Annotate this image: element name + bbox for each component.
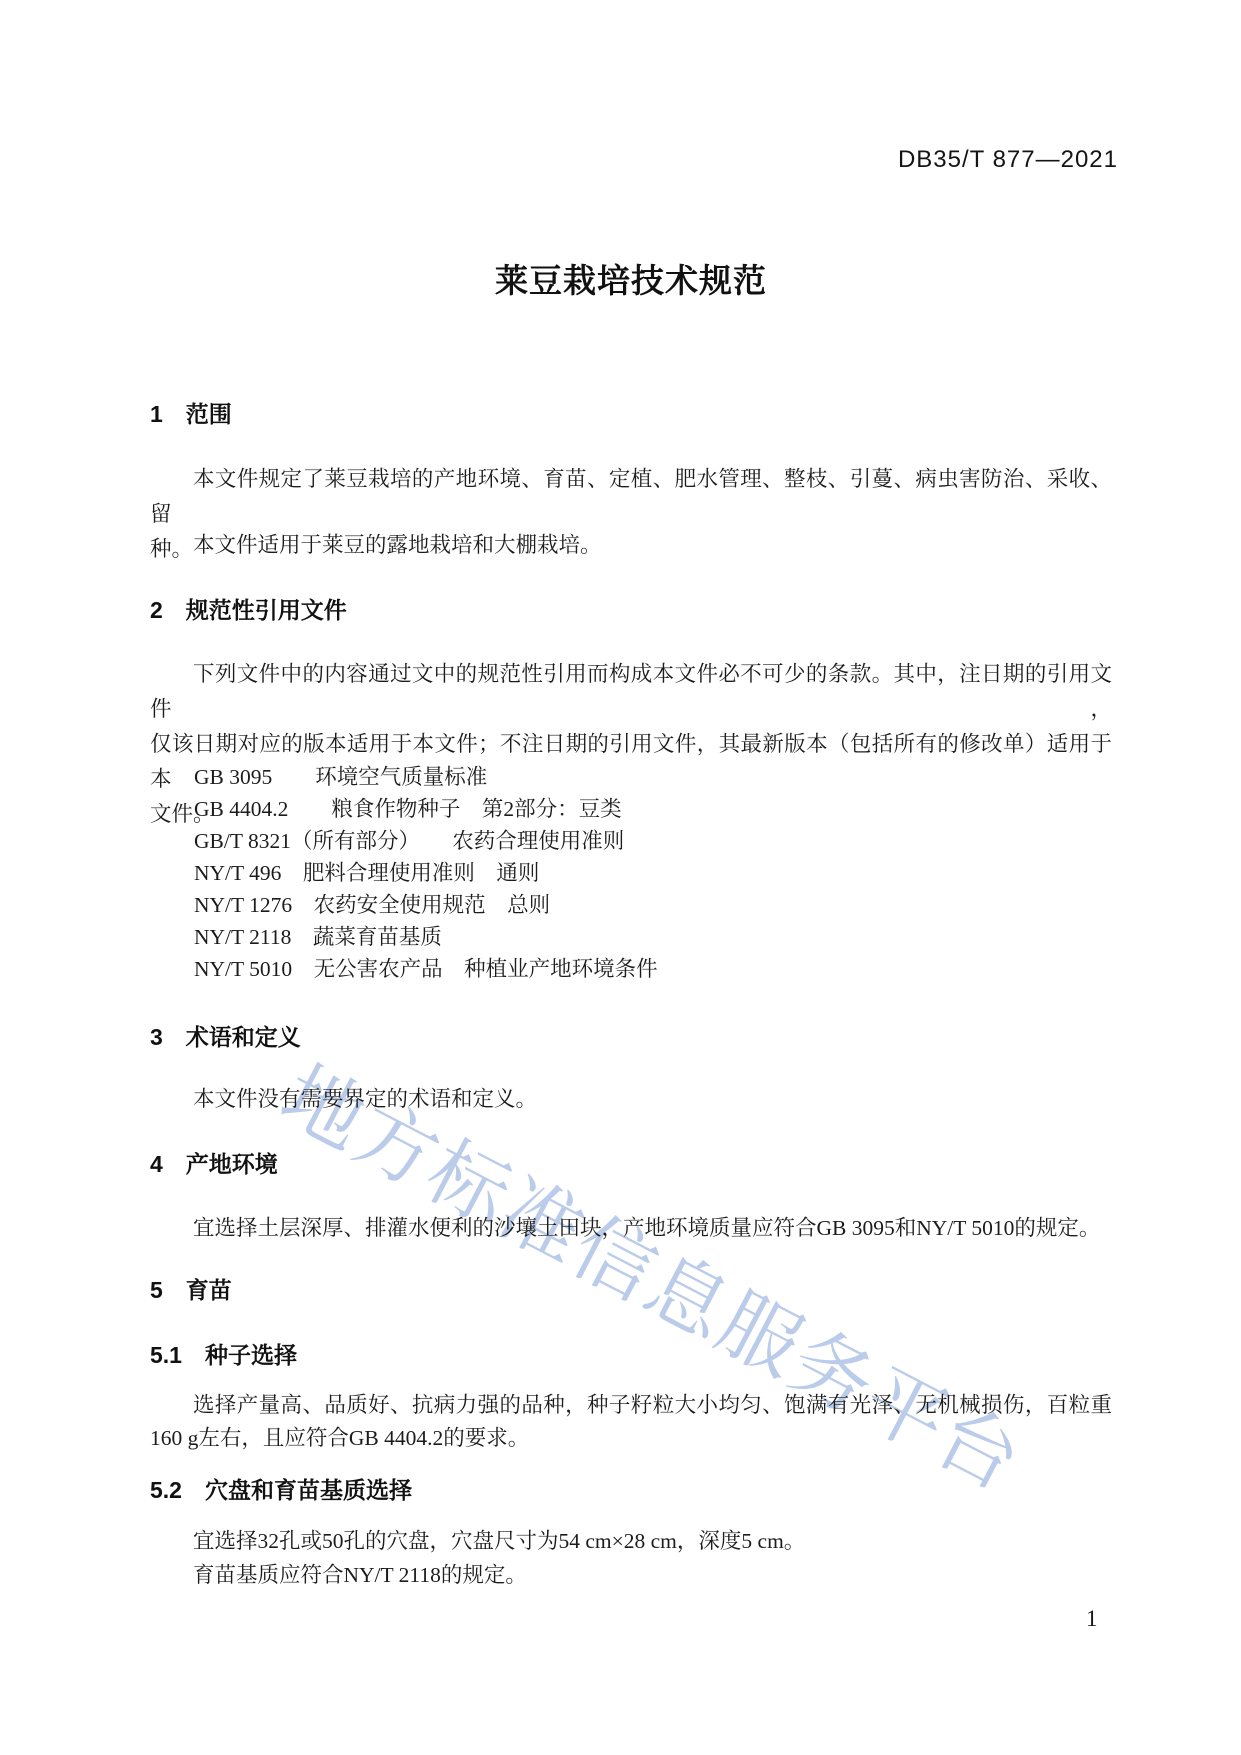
- section-heading-seed-selection: 5.1 种子选择: [150, 1340, 1112, 1370]
- reference-list: GB 3095 环境空气质量标准 GB 4404.2 粮食作物种子 第2部分：豆…: [194, 761, 1124, 985]
- section-heading-production-environment: 4 产地环境: [150, 1149, 1112, 1179]
- reference-item: GB 3095 环境空气质量标准: [194, 761, 1124, 793]
- paragraph-line: 160 g左右，且应符合GB 4404.2的要求。: [150, 1422, 1112, 1455]
- section-heading-normative-references: 2 规范性引用文件: [150, 595, 1112, 625]
- paragraph-line: 选择产量高、品质好、抗病力强的品种，种子籽粒大小均匀、饱满有光泽、无机械损伤，百…: [150, 1389, 1112, 1422]
- paragraph-line: 下列文件中的内容通过文中的规范性引用而构成本文件必不可少的条款。其中，注日期的引…: [150, 657, 1112, 727]
- terms-paragraph: 本文件没有需要界定的术语和定义。: [150, 1082, 1112, 1117]
- section-heading-seedling: 5 育苗: [150, 1275, 1112, 1305]
- seed-selection-paragraph: 选择产量高、品质好、抗病力强的品种，种子籽粒大小均匀、饱满有光泽、无机械损伤，百…: [150, 1389, 1112, 1455]
- reference-item: NY/T 2118 蔬菜育苗基质: [194, 921, 1124, 953]
- paragraph-line: 本文件规定了莱豆栽培的产地环境、育苗、定植、肥水管理、整枝、引蔓、病虫害防治、采…: [150, 462, 1112, 532]
- scope-paragraph-2: 本文件适用于莱豆的露地栽培和大棚栽培。: [150, 528, 1112, 563]
- section-heading-terms: 3 术语和定义: [150, 1022, 1112, 1052]
- reference-item: GB 4404.2 粮食作物种子 第2部分：豆类: [194, 793, 1124, 825]
- document-page: 地方标准信息服务平台 DB35/T 877—2021 莱豆栽培技术规范 1 范围…: [0, 0, 1241, 1755]
- reference-item: GB/T 8321（所有部分） 农药合理使用准则: [194, 825, 1124, 857]
- document-title: 莱豆栽培技术规范: [150, 255, 1112, 302]
- production-environment-paragraph: 宜选择土层深厚、排灌水便利的沙壤土田块，产地环境质量应符合GB 3095和NY/…: [150, 1211, 1112, 1246]
- section-heading-tray-substrate: 5.2 穴盘和育苗基质选择: [150, 1475, 1112, 1505]
- section-heading-scope: 1 范围: [150, 399, 1112, 429]
- standard-code: DB35/T 877—2021: [150, 146, 1118, 174]
- substrate-paragraph: 育苗基质应符合NY/T 2118的规定。: [150, 1558, 1112, 1593]
- page-number: 1: [1086, 1606, 1098, 1632]
- reference-item: NY/T 496 肥料合理使用准则 通则: [194, 857, 1124, 889]
- reference-item: NY/T 1276 农药安全使用规范 总则: [194, 889, 1124, 921]
- tray-paragraph: 宜选择32孔或50孔的穴盘，穴盘尺寸为54 cm×28 cm，深度5 cm。: [150, 1524, 1112, 1559]
- reference-item: NY/T 5010 无公害农产品 种植业产地环境条件: [194, 953, 1124, 985]
